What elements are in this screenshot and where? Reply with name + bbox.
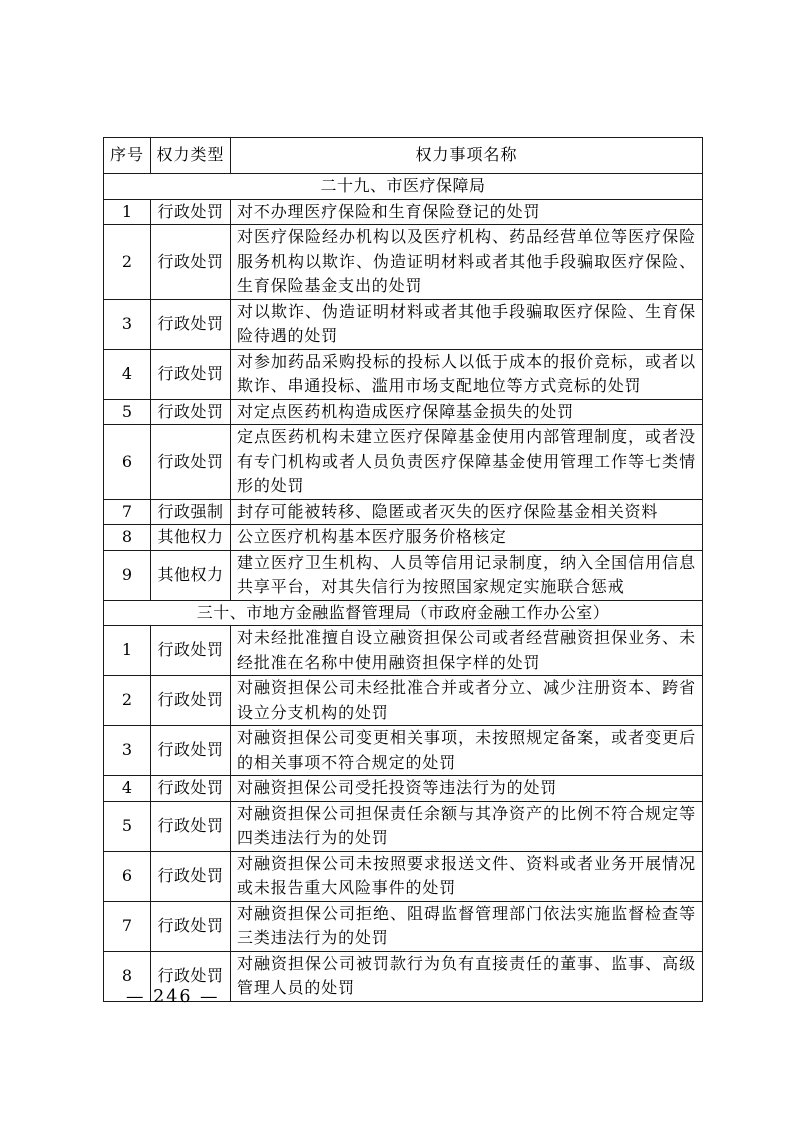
column-header-power-type: 权力类型: [151, 138, 231, 174]
table-row: 2 行政处罚 对融资担保公司未经批准合并或者分立、减少注册资本、跨省设立分支机构…: [104, 676, 703, 726]
power-name-cell: 对定点医药机构造成医疗保障基金损失的处罚: [231, 399, 703, 425]
power-name-cell: 对融资担保公司受托投资等违法行为的处罚: [231, 776, 703, 802]
table-row: 8 其他权力 公立医疗机构基本医疗服务价格核定: [104, 525, 703, 551]
power-type-cell: 行政处罚: [151, 726, 231, 776]
serial-cell: 2: [104, 225, 151, 300]
serial-cell: 2: [104, 676, 151, 726]
power-name-cell: 对融资担保公司被罚款行为负有直接责任的董事、监事、高级管理人员的处罚: [231, 951, 703, 1001]
power-name-cell: 对融资担保公司未经批准合并或者分立、减少注册资本、跨省设立分支机构的处罚: [231, 676, 703, 726]
power-name-cell: 封存可能被转移、隐匿或者灭失的医疗保险基金相关资料: [231, 499, 703, 525]
power-type-cell: 行政处罚: [151, 225, 231, 300]
power-name-cell: 对参加药品采购投标的投标人以低于成本的报价竞标，或者以欺诈、串通投标、滥用市场支…: [231, 349, 703, 399]
table-row: 9 其他权力 建立医疗卫生机构、人员等信用记录制度，纳入全国信用信息共享平台，对…: [104, 550, 703, 600]
power-name-cell: 对融资担保公司未按照要求报送文件、资料或者业务开展情况或未报告重大风险事件的处罚: [231, 851, 703, 901]
serial-cell: 1: [104, 199, 151, 225]
power-name-cell: 对融资担保公司担保责任余额与其净资产的比例不符合规定等四类违法行为的处罚: [231, 801, 703, 851]
serial-cell: 9: [104, 550, 151, 600]
serial-cell: 7: [104, 901, 151, 951]
serial-cell: 1: [104, 626, 151, 676]
table-row: 5 行政处罚 对融资担保公司担保责任余额与其净资产的比例不符合规定等四类违法行为…: [104, 801, 703, 851]
table-row: 2 行政处罚 对医疗保险经办机构以及医疗机构、药品经营单位等医疗保险服务机构以欺…: [104, 225, 703, 300]
power-name-cell: 对融资担保公司拒绝、阻碍监督管理部门依法实施监督检查等三类违法行为的处罚: [231, 901, 703, 951]
serial-cell: 5: [104, 399, 151, 425]
power-name-cell: 对不办理医疗保险和生育保险登记的处罚: [231, 199, 703, 225]
power-type-cell: 行政处罚: [151, 425, 231, 500]
power-name-cell: 对医疗保险经办机构以及医疗机构、药品经营单位等医疗保险服务机构以欺诈、伪造证明材…: [231, 225, 703, 300]
serial-cell: 6: [104, 851, 151, 901]
power-items-table: 序号 权力类型 权力事项名称 二十九、市医疗保障局 1 行政处罚 对不办理医疗保…: [103, 137, 703, 1002]
power-name-cell: 对未经批准擅自设立融资担保公司或者经营融资担保业务、未经批准在名称中使用融资担保…: [231, 626, 703, 676]
table-header-row: 序号 权力类型 权力事项名称: [104, 138, 703, 174]
table-row: 7 行政强制 封存可能被转移、隐匿或者灭失的医疗保险基金相关资料: [104, 499, 703, 525]
column-header-power-name: 权力事项名称: [231, 138, 703, 174]
power-type-cell: 行政处罚: [151, 199, 231, 225]
table-row: 6 行政处罚 对融资担保公司未按照要求报送文件、资料或者业务开展情况或未报告重大…: [104, 851, 703, 901]
serial-cell: 4: [104, 349, 151, 399]
power-type-cell: 行政处罚: [151, 349, 231, 399]
serial-cell: 5: [104, 801, 151, 851]
power-type-cell: 行政处罚: [151, 851, 231, 901]
power-type-cell: 行政处罚: [151, 626, 231, 676]
power-type-cell: 行政处罚: [151, 901, 231, 951]
table-row: 3 行政处罚 对融资担保公司变更相关事项，未按照规定备案，或者变更后的相关事项不…: [104, 726, 703, 776]
column-header-serial: 序号: [104, 138, 151, 174]
section-header-row: 三十、市地方金融监督管理局（市政府金融工作办公室）: [104, 600, 703, 626]
serial-cell: 4: [104, 776, 151, 802]
table-row: 1 行政处罚 对不办理医疗保险和生育保险登记的处罚: [104, 199, 703, 225]
power-name-cell: 建立医疗卫生机构、人员等信用记录制度，纳入全国信用信息共享平台，对其失信行为按照…: [231, 550, 703, 600]
serial-cell: 3: [104, 299, 151, 349]
table-row: 4 行政处罚 对参加药品采购投标的投标人以低于成本的报价竞标，或者以欺诈、串通投…: [104, 349, 703, 399]
power-name-cell: 对以欺诈、伪造证明材料或者其他手段骗取医疗保险、生育保险待遇的处罚: [231, 299, 703, 349]
table-row: 5 行政处罚 对定点医药机构造成医疗保障基金损失的处罚: [104, 399, 703, 425]
table-row: 6 行政处罚 定点医药机构未建立医疗保障基金使用内部管理制度，或者没有专门机构或…: [104, 425, 703, 500]
section-title: 二十九、市医疗保障局: [104, 174, 703, 200]
power-type-cell: 行政处罚: [151, 299, 231, 349]
page-number: — 246 —: [126, 987, 220, 1007]
power-type-cell: 行政处罚: [151, 676, 231, 726]
section-header-row: 二十九、市医疗保障局: [104, 174, 703, 200]
power-name-cell: 定点医药机构未建立医疗保障基金使用内部管理制度，或者没有专门机构或者人员负责医疗…: [231, 425, 703, 500]
document-page: 序号 权力类型 权力事项名称 二十九、市医疗保障局 1 行政处罚 对不办理医疗保…: [0, 0, 793, 1122]
power-type-cell: 其他权力: [151, 525, 231, 551]
serial-cell: 8: [104, 525, 151, 551]
section-title: 三十、市地方金融监督管理局（市政府金融工作办公室）: [104, 600, 703, 626]
power-type-cell: 行政强制: [151, 499, 231, 525]
serial-cell: 3: [104, 726, 151, 776]
serial-cell: 7: [104, 499, 151, 525]
power-type-cell: 行政处罚: [151, 399, 231, 425]
power-type-cell: 其他权力: [151, 550, 231, 600]
power-name-cell: 对融资担保公司变更相关事项，未按照规定备案，或者变更后的相关事项不符合规定的处罚: [231, 726, 703, 776]
table-row: 4 行政处罚 对融资担保公司受托投资等违法行为的处罚: [104, 776, 703, 802]
power-type-cell: 行政处罚: [151, 776, 231, 802]
serial-cell: 6: [104, 425, 151, 500]
table-row: 7 行政处罚 对融资担保公司拒绝、阻碍监督管理部门依法实施监督检查等三类违法行为…: [104, 901, 703, 951]
power-name-cell: 公立医疗机构基本医疗服务价格核定: [231, 525, 703, 551]
table-row: 3 行政处罚 对以欺诈、伪造证明材料或者其他手段骗取医疗保险、生育保险待遇的处罚: [104, 299, 703, 349]
table-row: 1 行政处罚 对未经批准擅自设立融资担保公司或者经营融资担保业务、未经批准在名称…: [104, 626, 703, 676]
power-type-cell: 行政处罚: [151, 801, 231, 851]
